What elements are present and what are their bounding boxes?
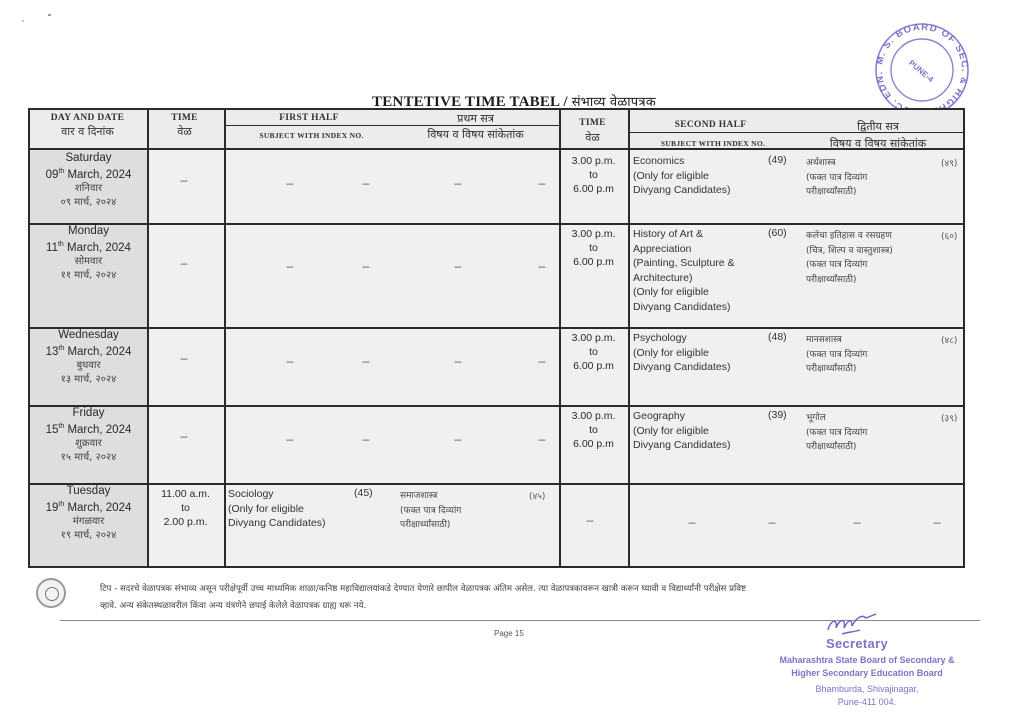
date-text: 13th March, 2024 xyxy=(30,342,147,359)
header-time-second: TIME xyxy=(559,118,626,128)
second-half-index-marathi: (६०) xyxy=(941,229,957,242)
header-time-second-mr: वेळ xyxy=(559,130,626,145)
empty-marker: --- xyxy=(180,354,187,365)
empty-marker: --- xyxy=(768,518,775,529)
empty-marker: --- xyxy=(286,435,293,446)
second-half-time: 3.00 p.m. to 6.00 p.m xyxy=(559,154,628,196)
second-half-index-marathi: (३९) xyxy=(941,411,957,424)
grid-vline xyxy=(224,110,226,566)
grid-hline xyxy=(224,125,559,126)
date-suffix: th xyxy=(58,241,64,248)
empty-marker: --- xyxy=(538,357,545,368)
empty-marker: --- xyxy=(362,357,369,368)
empty-marker: --- xyxy=(180,432,187,443)
date-suffix: th xyxy=(58,345,64,352)
second-half-subject: Geography (Only for eligible Divyang Can… xyxy=(633,409,773,453)
empty-marker: --- xyxy=(362,262,369,273)
second-half-subject-marathi: मानसशास्त्र (फक्त पात्र दिव्यांग परीक्षा… xyxy=(806,333,946,377)
header-time-first: TIME xyxy=(147,113,222,123)
empty-marker: --- xyxy=(180,176,187,187)
empty-marker: --- xyxy=(286,357,293,368)
grid-hline xyxy=(628,132,965,133)
date-marathi: १९ मार्च, २०२४ xyxy=(30,529,147,543)
second-half-index-marathi: (४९) xyxy=(941,156,957,169)
second-half-time: 3.00 p.m. to 6.00 p.m xyxy=(559,331,628,373)
date-cell: Saturday09th March, 2024शनिवार०९ मार्च, … xyxy=(30,151,147,210)
scan-speck xyxy=(22,20,24,22)
first-half-subject-marathi: समाजशास्त्र (फक्त पात्र दिव्यांग परीक्षा… xyxy=(400,489,520,533)
day-name-marathi: मंगळवार xyxy=(30,515,147,529)
date-suffix: th xyxy=(58,423,64,430)
grid-hline xyxy=(559,148,965,150)
date-cell: Monday11th March, 2024सोमवार११ मार्च, २०… xyxy=(30,224,147,283)
empty-marker: --- xyxy=(538,179,545,190)
date-cell: Tuesday19th March, 2024मंगळवार१९ मार्च, … xyxy=(30,484,147,543)
org-line-1: Maharashtra State Board of Secondary & xyxy=(752,654,982,667)
second-half-subject-marathi: कलेचा इतिहास व रसग्रहण (चित्र, शिल्प व व… xyxy=(806,229,946,287)
empty-marker: --- xyxy=(538,435,545,446)
empty-marker: --- xyxy=(454,179,461,190)
second-half-subject: Psychology (Only for eligible Divyang Ca… xyxy=(633,331,773,375)
day-name: Tuesday xyxy=(30,484,147,498)
first-half-index-marathi: (४५) xyxy=(529,489,545,502)
timetable: DAY AND DATE वार व दिनांक TIME वेळ FIRST… xyxy=(28,108,965,568)
date-cell: Wednesday13th March, 2024बुधवार१३ मार्च,… xyxy=(30,328,147,387)
second-half-time: 3.00 p.m. to 6.00 p.m xyxy=(559,227,628,269)
empty-marker: --- xyxy=(454,357,461,368)
footer-note-line1: टिप - सदरचे वेळापत्रक संभाव्य असून परीक्… xyxy=(100,581,980,598)
first-half-time: 11.00 a.m. to 2.00 p.m. xyxy=(147,487,224,529)
first-half-index: (45) xyxy=(354,487,373,499)
day-name: Monday xyxy=(30,224,147,238)
grid-hline xyxy=(30,483,965,485)
stamp-icon: M. S. BOARD OF SEC. & HIGHER SEC. EDN. P… xyxy=(870,22,974,118)
empty-marker: --- xyxy=(538,262,545,273)
second-half-index: (49) xyxy=(768,154,787,166)
second-half-subject: History of Art & Appreciation (Painting,… xyxy=(633,227,773,314)
date-cell: Friday15th March, 2024शुक्रवार१५ मार्च, … xyxy=(30,406,147,465)
empty-marker: --- xyxy=(454,262,461,273)
header-day-date-mr: वार व दिनांक xyxy=(30,124,145,139)
empty-marker: --- xyxy=(933,518,940,529)
grid-hline xyxy=(30,223,965,225)
second-half-time: 3.00 p.m. to 6.00 p.m xyxy=(559,409,628,451)
date-suffix: th xyxy=(58,168,64,175)
second-half-index: (60) xyxy=(768,227,787,239)
signature-icon xyxy=(822,610,882,638)
empty-marker: --- xyxy=(362,179,369,190)
second-half-subject: Economics (Only for eligible Divyang Can… xyxy=(633,154,773,198)
day-name: Friday xyxy=(30,406,147,420)
date-marathi: ०९ मार्च, २०२४ xyxy=(30,196,147,210)
second-half-index: (39) xyxy=(768,409,787,421)
day-name-marathi: सोमवार xyxy=(30,255,147,269)
empty-marker: --- xyxy=(853,518,860,529)
grid-hline xyxy=(30,148,559,150)
date-marathi: १३ मार्च, २०२४ xyxy=(30,373,147,387)
date-text: 15th March, 2024 xyxy=(30,420,147,437)
day-name-marathi: शनिवार xyxy=(30,182,147,196)
date-text: 19th March, 2024 xyxy=(30,498,147,515)
page-number: Page 15 xyxy=(494,629,524,638)
secretary-organization: Maharashtra State Board of Secondary & H… xyxy=(752,654,982,680)
empty-marker: --- xyxy=(688,518,695,529)
day-name-marathi: बुधवार xyxy=(30,359,147,373)
second-half-index-marathi: (४८) xyxy=(941,333,957,346)
grid-hline xyxy=(30,405,965,407)
address-line-2: Pune-411 004. xyxy=(752,696,982,709)
header-time-first-mr: वेळ xyxy=(147,124,222,139)
date-suffix: th xyxy=(58,501,64,508)
secretary-title: Secretary xyxy=(826,636,888,651)
grid-vline xyxy=(628,110,630,566)
day-name-marathi: शुक्रवार xyxy=(30,437,147,451)
address-line-1: Bhamburda, Shivajinagar, xyxy=(752,683,982,696)
svg-text:PUNE-4: PUNE-4 xyxy=(907,58,936,84)
empty-marker: --- xyxy=(586,516,593,527)
empty-marker: --- xyxy=(286,179,293,190)
date-text: 11th March, 2024 xyxy=(30,238,147,255)
header-first-half-mr: प्रथम सत्र xyxy=(394,111,557,126)
header-day-date: DAY AND DATE xyxy=(30,113,145,123)
header-first-subject-mr: विषय व विषय सांकेतांक xyxy=(394,127,557,142)
header-first-half: FIRST HALF xyxy=(224,113,394,123)
empty-marker: --- xyxy=(454,435,461,446)
scan-speck xyxy=(48,14,51,16)
date-marathi: १५ मार्च, २०२४ xyxy=(30,451,147,465)
header-second-half: SECOND HALF xyxy=(628,120,793,130)
day-name: Saturday xyxy=(30,151,147,165)
board-stamp: M. S. BOARD OF SEC. & HIGHER SEC. EDN. P… xyxy=(870,22,974,118)
empty-marker: --- xyxy=(362,435,369,446)
second-half-subject-marathi: अर्थशास्त्र (फक्त पात्र दिव्यांग परीक्षा… xyxy=(806,156,946,200)
header-first-subject: SUBJECT WITH INDEX NO. xyxy=(224,131,399,140)
day-name: Wednesday xyxy=(30,328,147,342)
board-logo-icon xyxy=(36,578,66,608)
second-half-index: (48) xyxy=(768,331,787,343)
secretary-address: Bhamburda, Shivajinagar, Pune-411 004. xyxy=(752,683,982,709)
second-half-subject-marathi: भूगोल (फक्त पात्र दिव्यांग परीक्षार्थ्या… xyxy=(806,411,946,455)
empty-marker: --- xyxy=(286,262,293,273)
date-text: 09th March, 2024 xyxy=(30,165,147,182)
org-line-2: Higher Secondary Education Board xyxy=(752,667,982,680)
grid-hline xyxy=(30,327,965,329)
date-marathi: ११ मार्च, २०२४ xyxy=(30,269,147,283)
header-second-subject: SUBJECT WITH INDEX NO. xyxy=(628,139,798,148)
empty-marker: --- xyxy=(180,259,187,270)
